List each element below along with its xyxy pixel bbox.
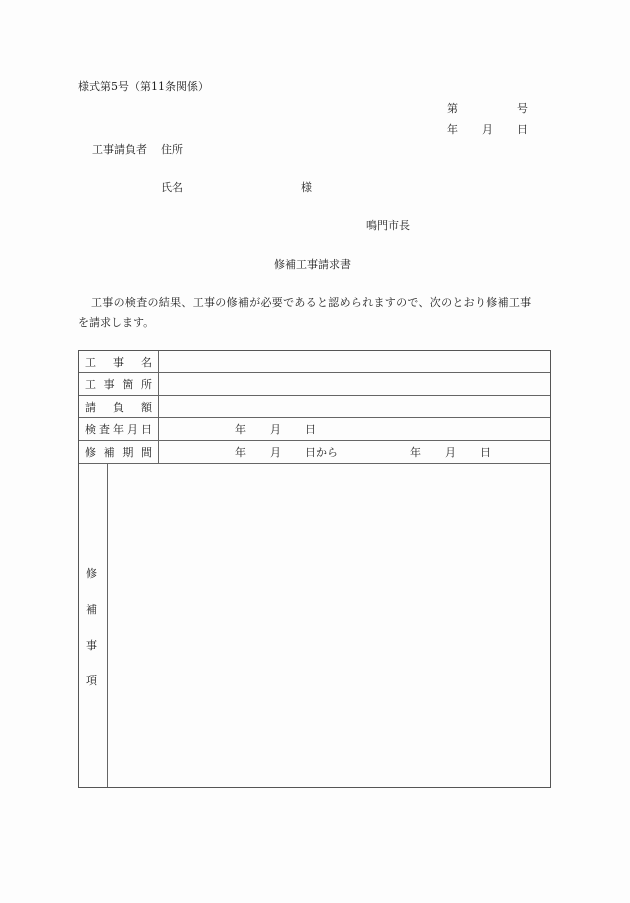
label-char: 箇 [122,376,133,392]
date-year: 年 [447,123,458,137]
body-line-1: 工事の検査の結果、工事の修補が必要であると認められますので、次のとおり修補工事 [91,296,531,310]
label-char: 請 [85,399,96,415]
honorific: 様 [301,181,312,195]
period-to-month[interactable]: 月 [445,441,456,463]
label-char: 補 [86,601,97,617]
form-number: 様式第5号（第11条関係） [78,80,209,94]
label-char: 事 [104,376,115,392]
label-work-name: 工 事 名 [79,351,159,372]
work-location-field[interactable] [159,373,550,395]
contract-amount-field[interactable] [159,396,550,417]
label-char: 年 [113,421,124,437]
row-repair-period: 修 補 期 間 年 月 日から 年 月 日 [79,441,550,464]
date-day: 日 [517,123,528,137]
repair-items-field[interactable] [108,464,550,787]
label-char: 負 [113,399,124,415]
label-char: 修 [85,444,96,460]
inspection-day[interactable]: 日 [305,418,316,440]
row-work-location: 工 事 箇 所 [79,373,550,396]
period-to-year[interactable]: 年 [410,441,421,463]
inspection-year[interactable]: 年 [235,418,246,440]
label-char: 補 [104,444,115,460]
label-char: 検 [85,421,96,437]
label-contract-amount: 請 負 額 [79,396,159,417]
row-work-name: 工 事 名 [79,351,550,373]
recipient-title: 工事請負者 [92,143,147,157]
label-inspection-date: 検 査 年 月 日 [79,418,159,440]
label-work-location: 工 事 箇 所 [79,373,159,395]
issuer: 鳴門市長 [366,219,410,233]
label-char: 期 [122,444,133,460]
label-char: 額 [141,399,152,415]
address-label: 住所 [161,143,183,157]
row-contract-amount: 請 負 額 [79,396,550,418]
label-char: 名 [141,354,152,370]
request-table: 工 事 名 工 事 箇 所 請 負 額 検 査 年 月 日 年 [78,350,551,788]
doc-number-prefix: 第 [447,102,458,116]
period-from-year[interactable]: 年 [235,441,246,463]
label-repair-period: 修 補 期 間 [79,441,159,463]
label-char: 月 [127,421,138,437]
label-char: 間 [141,444,152,460]
row-repair-items: 修 補 事 項 [79,464,550,787]
period-from-day[interactable]: 日から [305,441,338,463]
period-from-month[interactable]: 月 [270,441,281,463]
label-char: 工 [85,354,96,370]
name-label: 氏名 [161,181,183,195]
label-char: 修 [86,565,97,581]
document-title: 修補工事請求書 [274,258,351,272]
label-repair-items: 修 補 事 項 [79,464,108,787]
period-to-day[interactable]: 日 [480,441,491,463]
body-line-2: を請求します。 [78,316,154,330]
label-char: 項 [86,672,97,688]
label-char: 事 [86,637,97,653]
work-name-field[interactable] [159,351,550,372]
label-char: 日 [141,421,152,437]
row-inspection-date: 検 査 年 月 日 年 月 日 [79,418,550,441]
doc-number-suffix: 号 [517,102,528,116]
label-char: 査 [99,421,110,437]
date-month: 月 [482,123,493,137]
inspection-month[interactable]: 月 [270,418,281,440]
label-char: 事 [113,354,124,370]
label-char: 所 [141,376,152,392]
label-char: 工 [85,376,96,392]
